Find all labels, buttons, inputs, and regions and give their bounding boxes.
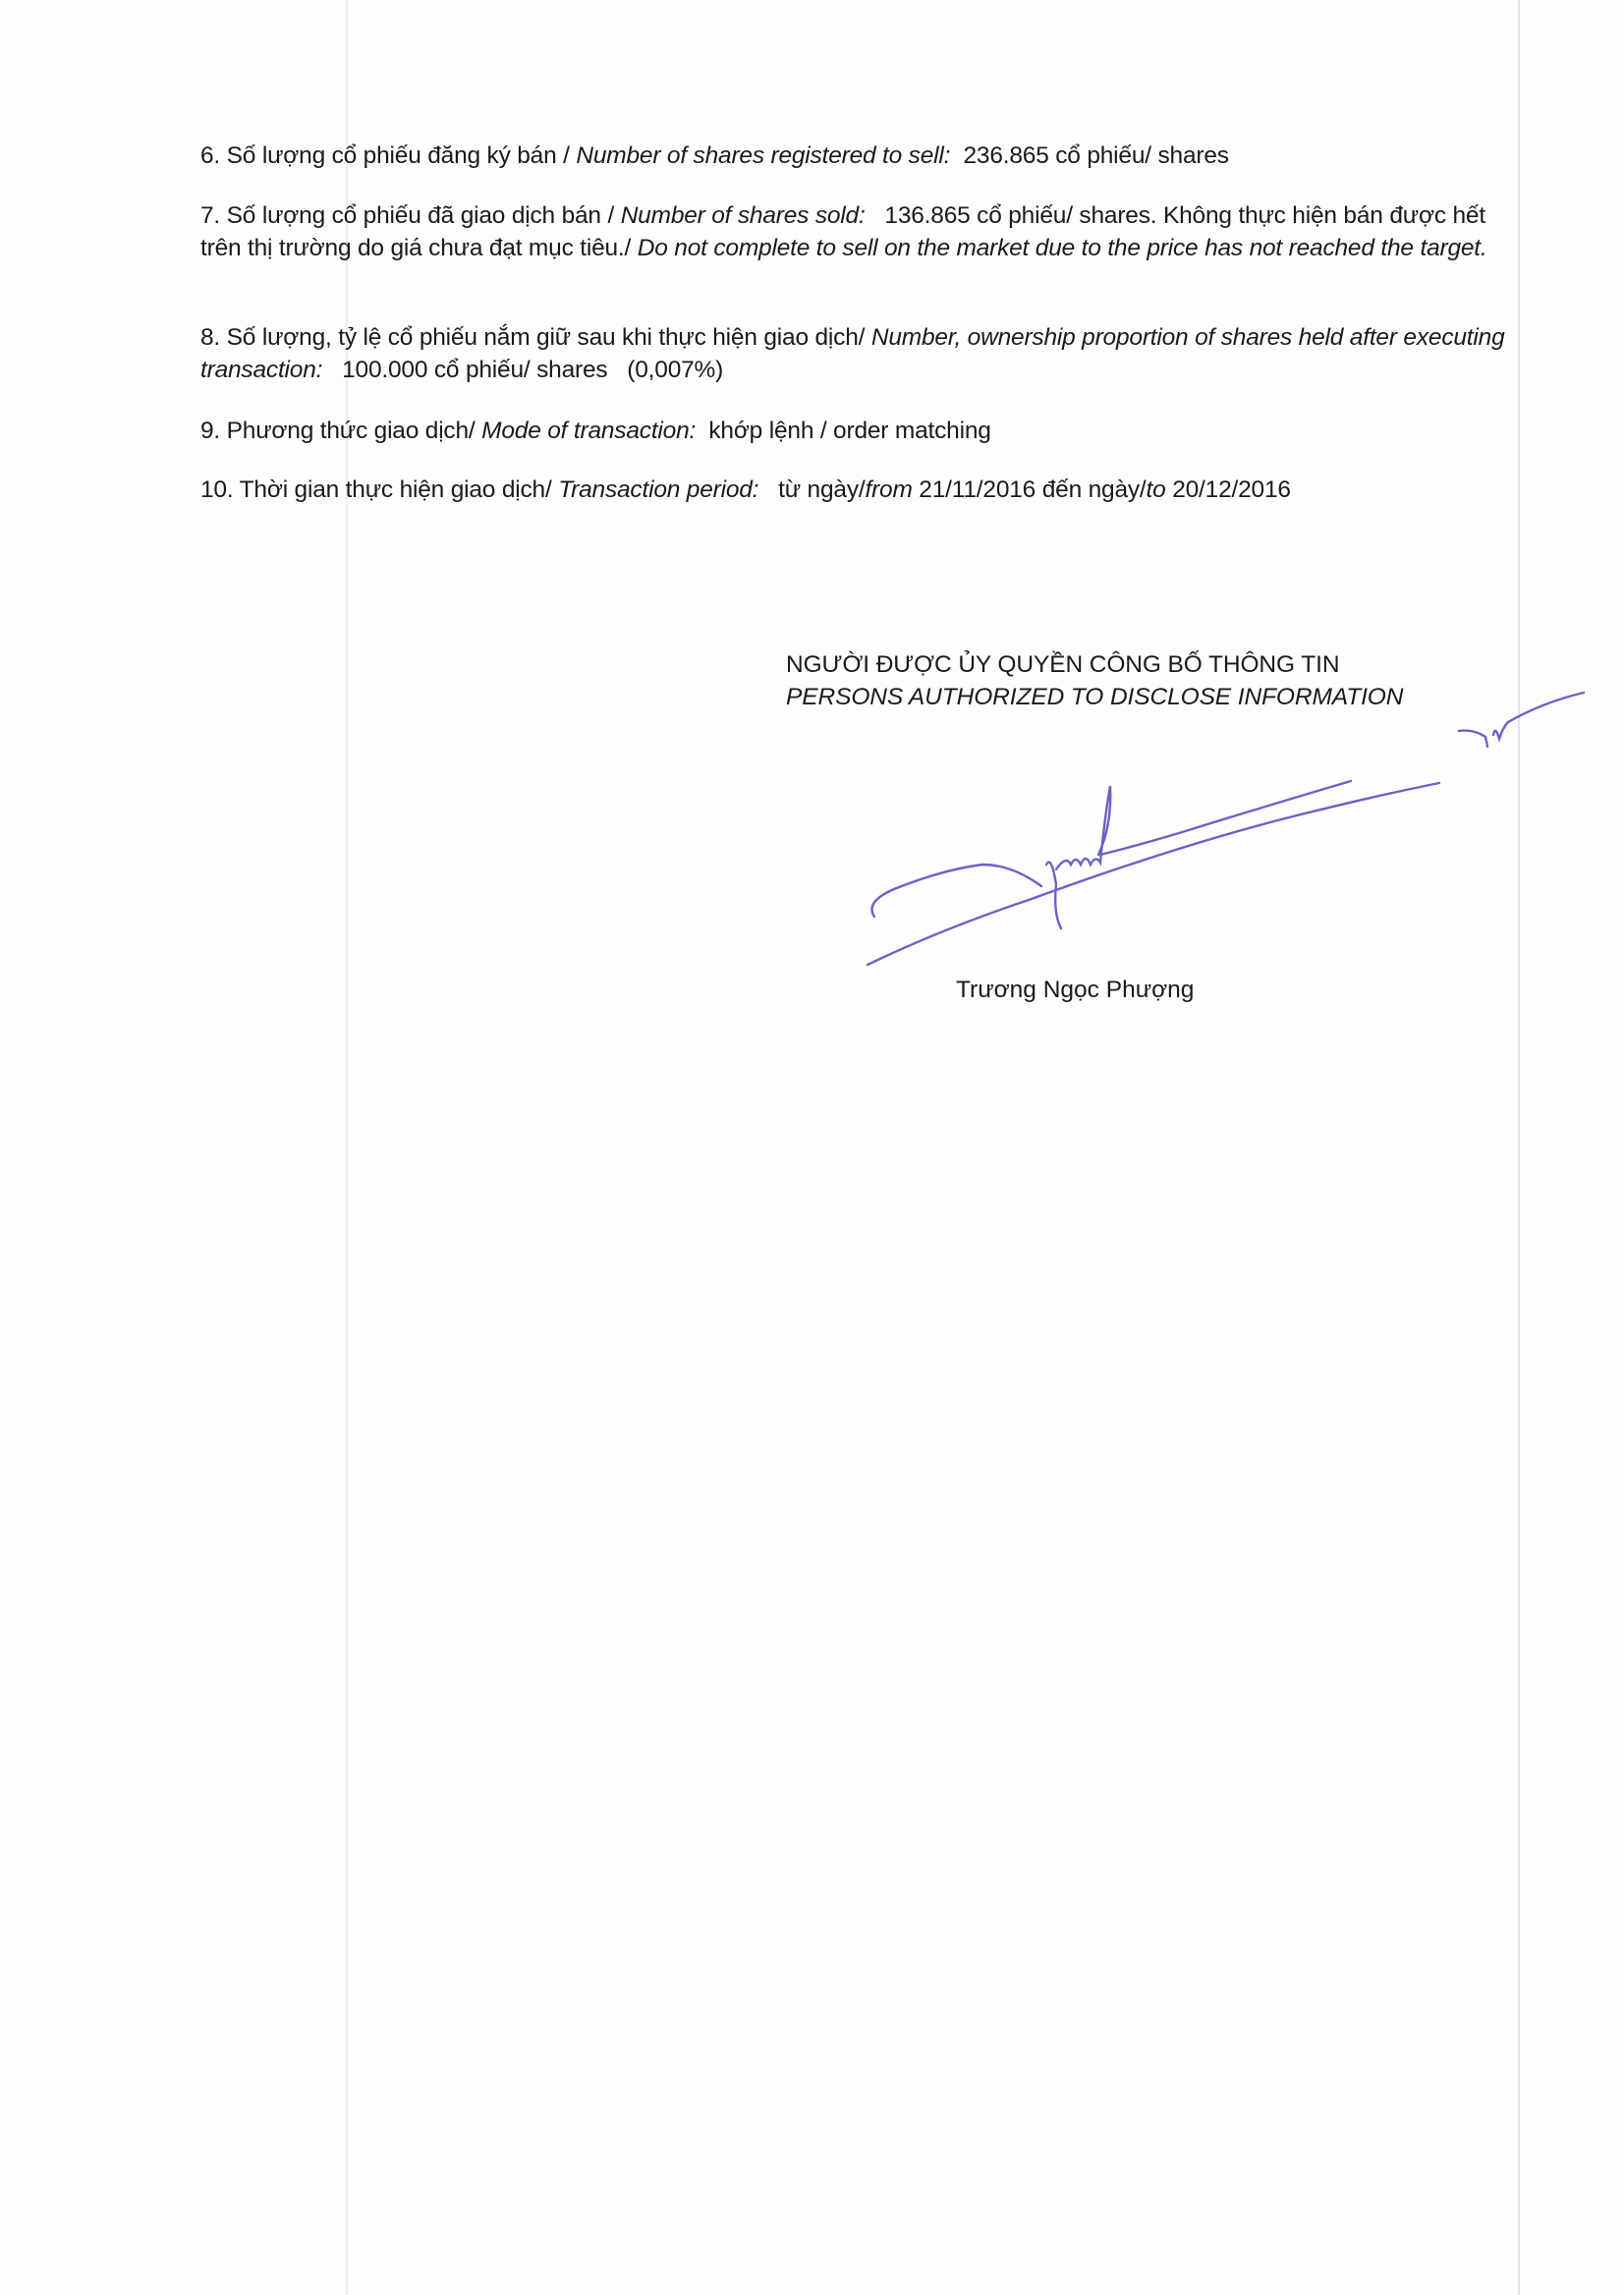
handwritten-signature-icon bbox=[0, 0, 1624, 1081]
signer-name: Trương Ngọc Phượng bbox=[956, 977, 1194, 1004]
